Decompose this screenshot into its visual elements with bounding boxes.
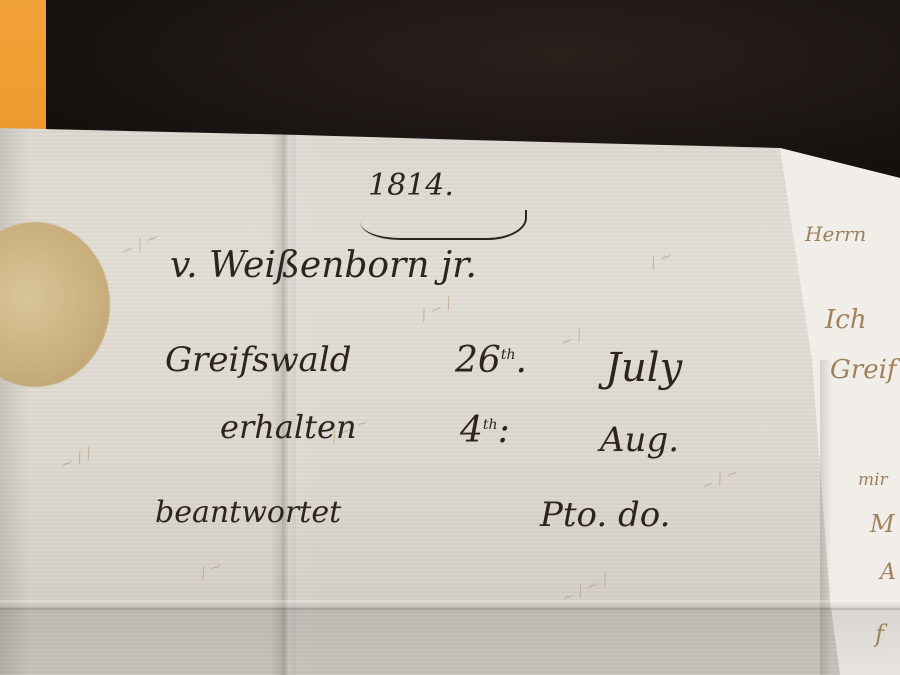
received-label: erhalten [220,408,357,446]
side-fragment: Ich [825,305,867,335]
lower-fold-shadow [0,608,900,675]
sender-line: v. Weißenborn jr. [170,245,477,286]
year-underline-flourish [360,210,527,240]
received-month: Aug. [600,420,679,460]
side-fragment: A [880,560,896,585]
dateline-day-suffix: th [501,347,516,363]
side-fragment: f [875,620,884,648]
side-fragment: mir [858,470,888,490]
received-dot: : [498,410,510,451]
dateline-month: July [605,345,682,391]
vertical-fold-crease [282,135,296,675]
dateline-dot: . [515,340,526,381]
received-day-suffix: th [483,417,498,433]
year-heading: 1814. [368,168,454,203]
orange-backdrop [0,0,46,132]
dateline-place: Greifswald [165,340,351,380]
received-day: 4th: [460,410,510,451]
side-fragment: Greif [830,355,897,385]
received-day-number: 4 [460,410,483,451]
side-fragment: M [870,510,895,538]
dateline-day-number: 26 [455,340,501,381]
side-fragment: Herrn [805,222,866,246]
answered-value: Pto. do. [540,495,670,535]
answered-label: beantwortet [155,495,341,530]
dateline-day: 26th. [455,340,527,381]
